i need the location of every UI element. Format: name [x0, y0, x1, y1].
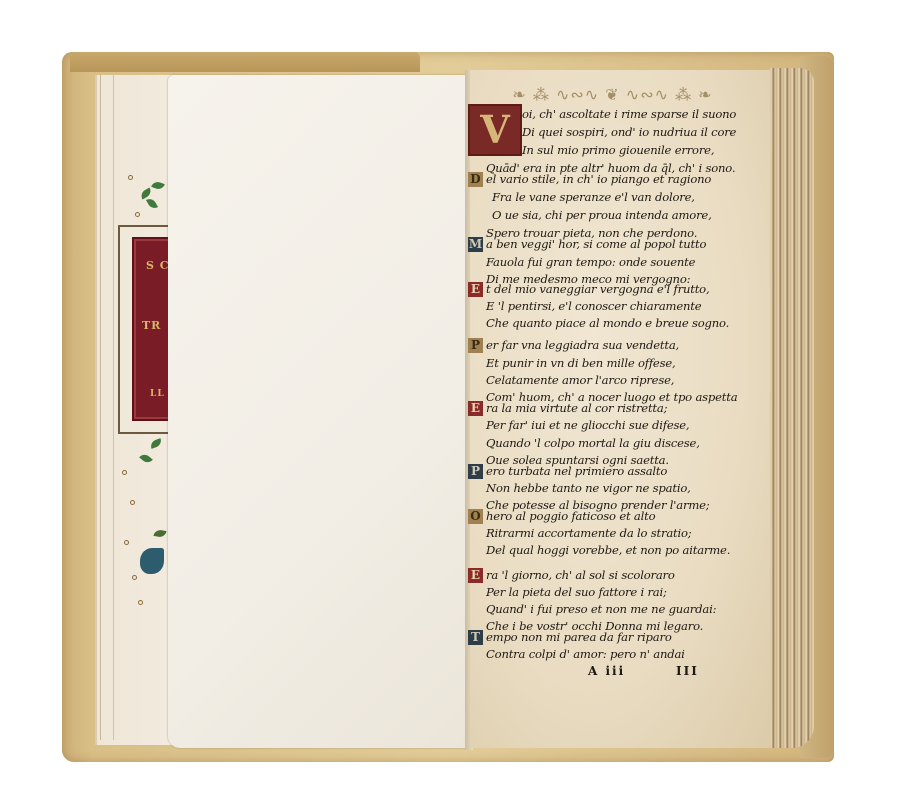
text-line: oi, ch' ascoltate i rime sparse il suono: [522, 107, 736, 121]
text-line: hero al poggio faticoso et alto: [486, 509, 655, 523]
gold-dot-icon: [124, 540, 129, 545]
illumination-text-3: LL: [150, 389, 165, 399]
gold-dot-icon: [128, 175, 133, 180]
text-line: Fauola fui gran tempo: onde souente: [486, 255, 695, 269]
text-line: Et punir in vn di ben mille offese,: [486, 356, 676, 370]
text-line: ra 'l giorno, ch' al sol si scoloraro: [486, 568, 675, 582]
illuminated-initial: V: [468, 104, 522, 156]
text-line: ra la mia virtute al cor ristretta;: [486, 401, 667, 415]
text-line: Quand' i fui preso et non me ne guardai:: [486, 602, 716, 616]
text-line: Che quanto piace al mondo e breue sogno.: [486, 316, 729, 330]
text-line: In sul mio primo giouenile errore,: [522, 143, 714, 157]
gold-dot-icon: [130, 500, 135, 505]
gold-dot-icon: [135, 212, 140, 217]
text-line: empo non mi parea da far riparo: [486, 630, 672, 644]
text-line: Non hebbe tanto ne vigor ne spatio,: [486, 481, 691, 495]
page-block-fore-edge: [770, 68, 814, 748]
illumination-text-2: TR: [142, 319, 161, 332]
left-page-edges: [100, 75, 114, 740]
blank-flyleaf[interactable]: [168, 75, 466, 748]
gold-dot-icon: [132, 575, 137, 580]
text-line: Celatamente amor l'arco riprese,: [486, 373, 674, 387]
initial-capital: E: [468, 568, 483, 583]
text-line: Di quei sospiri, ond' io nudriua il core: [522, 125, 736, 139]
initial-capital: E: [468, 282, 483, 297]
initial-capital: P: [468, 338, 483, 353]
initial-capital: O: [468, 509, 483, 524]
text-line: er far vna leggiadra sua vendetta,: [486, 338, 679, 352]
text-line: Quando 'l colpo mortal la giu discese,: [486, 436, 700, 450]
gold-dot-icon: [122, 470, 127, 475]
text-line: Per la pieta del suo fattore i rai;: [486, 585, 667, 599]
initial-capital: T: [468, 630, 483, 645]
initial-capital: E: [468, 401, 483, 416]
folio-number: III: [676, 664, 699, 678]
initial-capital: M: [468, 237, 483, 252]
headpiece-ornament-icon: ❧ ⁂ ∿∾∿ ❦ ∿∾∿ ⁂ ❧: [480, 85, 745, 103]
text-line: Fra le vane speranze e'l van dolore,: [492, 190, 695, 204]
initial-capital: P: [468, 464, 483, 479]
text-line: Ritrarmi accortamente da lo stratio;: [486, 526, 692, 540]
text-line: t del mio vaneggiar vergogna e'l frutto,: [486, 282, 709, 296]
text-line: O ue sia, chi per proua intenda amore,: [492, 208, 712, 222]
blue-floral-ornament-icon: [140, 548, 164, 574]
text-line: E 'l pentirsi, e'l conoscer chiaramente: [486, 299, 701, 313]
text-line: a ben veggi' hor, si come al popol tutto: [486, 237, 706, 251]
text-line: Per far' iui et ne gliocchi sue difese,: [486, 418, 689, 432]
cover-top-edge: [70, 52, 420, 72]
text-line: el vario stile, in ch' io piango et ragi…: [486, 172, 711, 186]
initial-capital: D: [468, 172, 483, 187]
text-line: Contra colpi d' amor: pero n' andai: [486, 647, 685, 661]
illumination-text-1: S C: [146, 259, 170, 272]
text-line: ero turbata nel primiero assalto: [486, 464, 667, 478]
gold-dot-icon: [138, 600, 143, 605]
signature-mark: A iii: [588, 664, 625, 678]
text-line: Del qual hoggi vorebbe, et non po aitarm…: [486, 543, 730, 557]
